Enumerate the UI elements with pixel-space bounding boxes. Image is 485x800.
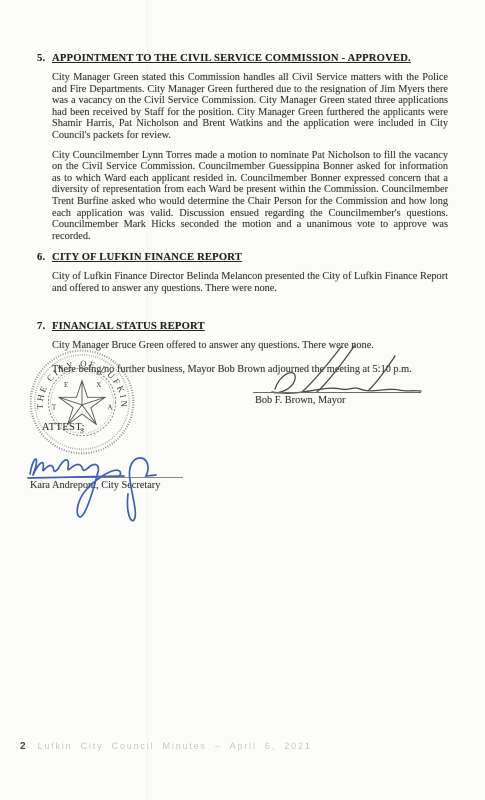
minutes-body: 5. APPOINTMENT TO THE CIVIL SERVICE COMM… — [37, 53, 448, 376]
section-title: FINANCIAL STATUS REPORT — [52, 321, 205, 332]
mayor-signature-icon — [245, 342, 435, 398]
section-heading: 5. APPOINTMENT TO THE CIVIL SERVICE COMM… — [37, 53, 448, 64]
seal-letter-x: X — [96, 381, 101, 389]
page-footer: 2 Lufkin City Council Minutes – April 6,… — [20, 741, 312, 752]
city-of-lufkin-seal-icon: THE CITY OF LUFKIN T E X A S — [26, 346, 138, 458]
attest-label: ATTEST: — [42, 422, 85, 433]
seal-letter-a: A — [107, 403, 112, 411]
section-heading: 6. CITY OF LUFKIN FINANCE REPORT — [37, 252, 448, 263]
section-heading: 7. FINANCIAL STATUS REPORT — [37, 321, 448, 332]
section-number: 7. — [37, 321, 52, 332]
paragraph: City Councilmember Lynn Torres made a mo… — [52, 150, 448, 243]
section-finance-report: 6. CITY OF LUFKIN FINANCE REPORT City of… — [37, 252, 448, 294]
paragraph: City Manager Green stated this Commissio… — [52, 72, 448, 142]
seal-letter-e: E — [64, 381, 68, 389]
section-number: 6. — [37, 252, 52, 263]
seal-letter-t: T — [52, 403, 57, 411]
mayor-signature-line — [253, 392, 421, 393]
section-number: 5. — [37, 53, 52, 64]
section-appointment-civil-service: 5. APPOINTMENT TO THE CIVIL SERVICE COMM… — [37, 53, 448, 242]
page-number: 2 — [20, 741, 26, 752]
paragraph: City of Lufkin Finance Director Belinda … — [52, 271, 448, 294]
section-title: CITY OF LUFKIN FINANCE REPORT — [52, 252, 242, 263]
footer-title-text: Lufkin City Council Minutes – April 6, 2… — [38, 741, 312, 751]
section-title: APPOINTMENT TO THE CIVIL SERVICE COMMISS… — [52, 53, 411, 64]
scanned-minutes-page: { "document": { "sections": [ { "number"… — [0, 0, 485, 800]
secretary-signature-icon — [24, 444, 194, 524]
section-gap — [37, 305, 448, 321]
mayor-name-label: Bob F. Brown, Mayor — [255, 395, 345, 406]
